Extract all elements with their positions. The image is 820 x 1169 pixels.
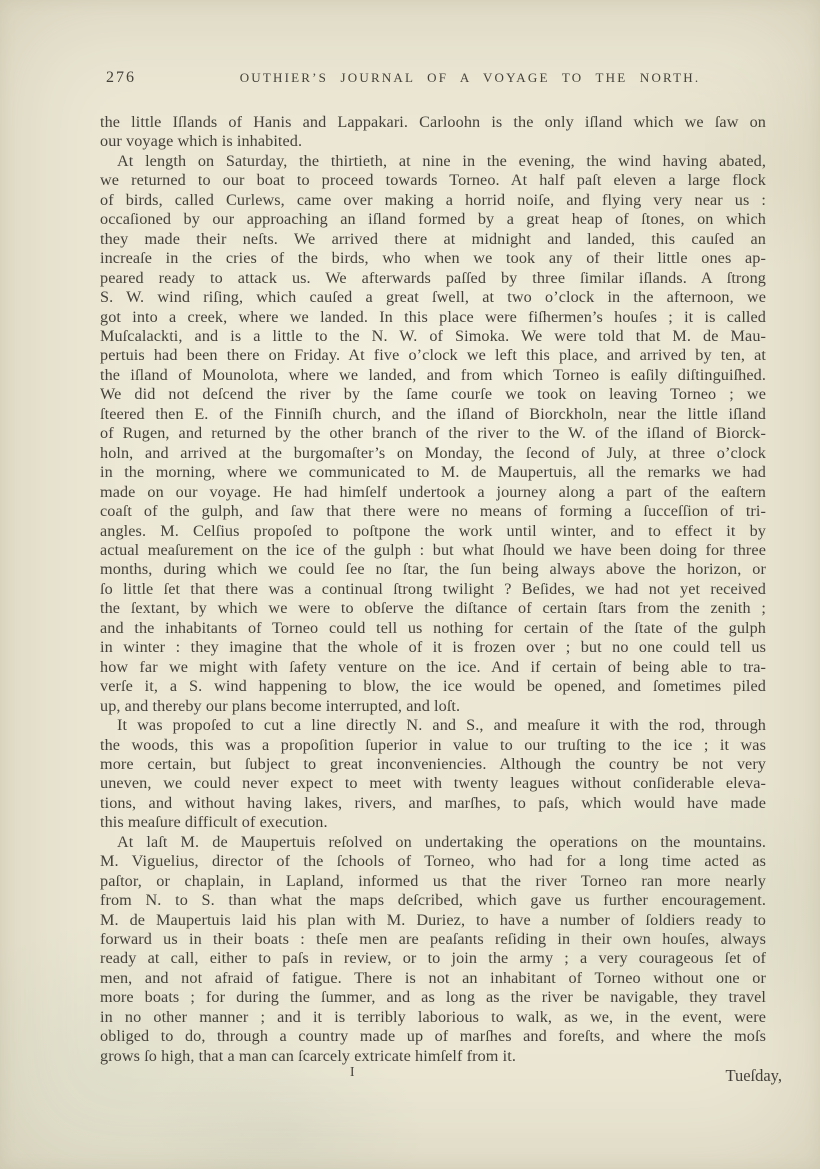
text-line: our voyage which is inhabited. bbox=[100, 132, 766, 151]
page-body: the little Iſlands of Hanis and Lappakar… bbox=[100, 113, 766, 1066]
text-line: holn, and arrived at the burgomaſter’s o… bbox=[100, 444, 766, 463]
text-line: ready at call, either to paſs in review,… bbox=[100, 949, 766, 968]
text-line: the iſland of Mounolota, where we landed… bbox=[100, 366, 766, 385]
text-line: this meaſure difficult of execution. bbox=[100, 813, 766, 832]
text-line: months, during which we could ſee no ſta… bbox=[100, 560, 766, 579]
text-line: up, and thereby our plans become interru… bbox=[100, 697, 766, 716]
text-line: forward us in their boats : theſe men ar… bbox=[100, 930, 766, 949]
text-line: We did not deſcend the river by the ſame… bbox=[100, 385, 766, 404]
page-number: 276 bbox=[106, 69, 136, 87]
text-line: made on our voyage. He had himſelf under… bbox=[100, 483, 766, 502]
text-line: At laſt M. de Maupertuis reſolved on und… bbox=[100, 833, 766, 852]
page-header: 276 OUTHIER’S JOURNAL OF A VOYAGE TO THE… bbox=[0, 68, 820, 90]
text-line: S. W. wind riſing, which cauſed a great … bbox=[100, 288, 766, 307]
text-line: in no other manner ; and it is terribly … bbox=[100, 1008, 766, 1027]
text-line: grows ſo high, that a man can ſcarcely e… bbox=[100, 1047, 766, 1066]
text-line: in winter : they imagine that the whole … bbox=[100, 638, 766, 657]
text-line: the ſextant, by which we were to obſerve… bbox=[100, 599, 766, 618]
text-line: At length on Saturday, the thirtieth, at… bbox=[100, 152, 766, 171]
signature-mark: I bbox=[350, 1064, 356, 1080]
text-line: the woods, this was a propoſition ſuperi… bbox=[100, 736, 766, 755]
text-line: ſteered then E. of the Finniſh church, a… bbox=[100, 405, 766, 424]
text-line: Muſcalackti, and is a little to the N. W… bbox=[100, 327, 766, 346]
text-line: we returned to our boat to proceed towar… bbox=[100, 171, 766, 190]
text-line: from N. to S. than what the maps deſcrib… bbox=[100, 891, 766, 910]
text-line: angles. M. Celſius propoſed to poſtpone … bbox=[100, 522, 766, 541]
text-line: obliged to do, through a country made up… bbox=[100, 1027, 766, 1046]
text-line: coaſt of the gulph, and ſaw that there w… bbox=[100, 502, 766, 521]
text-line: got into a creek, where we landed. In th… bbox=[100, 308, 766, 327]
text-line: M. Viguelius, director of the ſchools of… bbox=[100, 852, 766, 871]
text-line: pertuis had been there on Friday. At fiv… bbox=[100, 346, 766, 365]
text-line: they made their neſts. We arrived there … bbox=[100, 230, 766, 249]
text-line: ſo little ſet that there was a continual… bbox=[100, 580, 766, 599]
text-line: uneven, we could never expect to meet wi… bbox=[100, 774, 766, 793]
text-line: actual meaſurement on the ice of the gul… bbox=[100, 541, 766, 560]
text-line: increaſe in the cries of the birds, who … bbox=[100, 249, 766, 268]
text-line: paſtor, or chaplain, in Lapland, informe… bbox=[100, 872, 766, 891]
text-line: of birds, called Curlews, came over maki… bbox=[100, 191, 766, 210]
text-line: M. de Maupertuis laid his plan with M. D… bbox=[100, 911, 766, 930]
text-line: how far we might with ſafety venture on … bbox=[100, 658, 766, 677]
text-line: men, and not afraid of fatigue. There is… bbox=[100, 969, 766, 988]
text-line: the little Iſlands of Hanis and Lappakar… bbox=[100, 113, 766, 132]
text-line: more boats ; for during the ſummer, and … bbox=[100, 988, 766, 1007]
text-line: verſe it, a S. wind happening to blow, t… bbox=[100, 677, 766, 696]
text-line: more certain, but ſubject to great incon… bbox=[100, 755, 766, 774]
catchword: Tueſday, bbox=[725, 1066, 782, 1086]
paper: 276 OUTHIER’S JOURNAL OF A VOYAGE TO THE… bbox=[0, 0, 820, 1169]
text-line: occaſioned by our approaching an iſland … bbox=[100, 210, 766, 229]
text-line: It was propoſed to cut a line directly N… bbox=[100, 716, 766, 735]
text-line: in the morning, where we communicated to… bbox=[100, 463, 766, 482]
text-line: and the inhabitants of Torneo could tell… bbox=[100, 619, 766, 638]
text-line: peared ready to attack us. We afterwards… bbox=[100, 269, 766, 288]
text-line: tions, and without having lakes, rivers,… bbox=[100, 794, 766, 813]
running-title: OUTHIER’S JOURNAL OF A VOYAGE TO THE NOR… bbox=[160, 70, 780, 86]
text-line: of Rugen, and returned by the other bran… bbox=[100, 424, 766, 443]
